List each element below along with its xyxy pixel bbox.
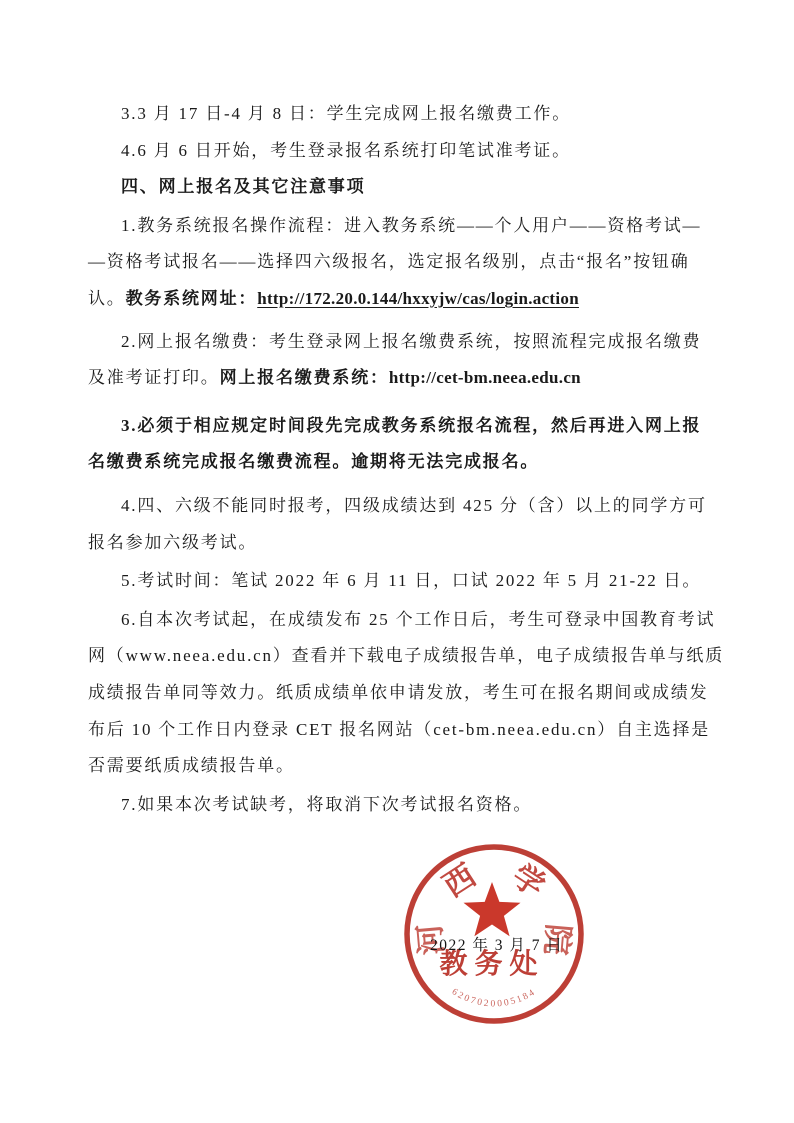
text-run: 2.网上报名缴费：考生登录网上报名缴费系统，按照流程完成报名缴费 xyxy=(121,332,701,351)
text-line: —资格考试报名——选择四六级报名，选定报名级别，点击“报名”按钮确 xyxy=(88,244,728,281)
text-line: 认。教务系统网址：http://172.20.0.144/hxxyjw/cas/… xyxy=(88,281,728,318)
text-line: 7.如果本次考试缺考，将取消下次考试报名资格。 xyxy=(88,787,728,824)
text-run: 教务系统网址： xyxy=(126,289,258,308)
text-line: 名缴费系统完成报名缴费流程。逾期将无法完成报名。 xyxy=(88,444,728,481)
text-run: 报名参加六级考试。 xyxy=(88,533,257,552)
text-run: 布后 10 个工作日内登录 CET 报名网站（cet-bm.neea.edu.c… xyxy=(88,720,710,739)
issue-date: 2022 年 3 月 7 日 xyxy=(430,933,563,955)
text-line: 6.自本次考试起，在成绩发布 25 个工作日后，考生可登录中国教育考试 xyxy=(88,602,728,639)
text-line: 1.教务系统报名操作流程：进入教务系统——个人用户——资格考试— xyxy=(88,208,728,245)
text-line: 2.网上报名缴费：考生登录网上报名缴费系统，按照流程完成报名缴费 xyxy=(88,324,728,361)
text-run: 网（www.neea.edu.cn）查看并下载电子成绩报告单，电子成绩报告单与纸… xyxy=(88,646,724,665)
text-line: 3.3 月 17 日-4 月 8 日：学生完成网上报名缴费工作。 xyxy=(88,96,728,133)
text-run: 4.6 月 6 日开始，考生登录报名系统打印笔试准考证。 xyxy=(121,141,571,160)
text-run: 网上报名缴费系统： xyxy=(220,368,389,387)
text-run: 否需要纸质成绩报告单。 xyxy=(88,756,295,775)
document-body: 3.3 月 17 日-4 月 8 日：学生完成网上报名缴费工作。4.6 月 6 … xyxy=(88,96,728,823)
text-run: 4.四、六级不能同时报考，四级成绩达到 425 分（含）以上的同学方可 xyxy=(121,496,707,515)
text-line: 否需要纸质成绩报告单。 xyxy=(88,748,728,785)
link-text: http://172.20.0.144/hxxyjw/cas/login.act… xyxy=(257,289,579,308)
document-page: 3.3 月 17 日-4 月 8 日：学生完成网上报名缴费工作。4.6 月 6 … xyxy=(0,0,794,1123)
text-run: 7.如果本次考试缺考，将取消下次考试报名资格。 xyxy=(121,795,532,814)
text-run: 3.3 月 17 日-4 月 8 日：学生完成网上报名缴费工作。 xyxy=(121,104,571,123)
text-run: 认。 xyxy=(88,289,126,308)
text-line: 网（www.neea.edu.cn）查看并下载电子成绩报告单，电子成绩报告单与纸… xyxy=(88,638,728,675)
text-run: 成绩报告单同等效力。纸质成绩单依申请发放，考生可在报名期间或成绩发 xyxy=(88,683,708,702)
text-line: 成绩报告单同等效力。纸质成绩单依申请发放，考生可在报名期间或成绩发 xyxy=(88,675,728,712)
text-run: —资格考试报名——选择四六级报名，选定报名级别，点击“报名”按钮确 xyxy=(88,252,690,271)
text-line: 四、网上报名及其它注意事项 xyxy=(88,169,728,206)
text-run: 名缴费系统完成报名缴费流程。逾期将无法完成报名。 xyxy=(88,452,539,471)
text-run: 6.自本次考试起，在成绩发布 25 个工作日后，考生可登录中国教育考试 xyxy=(121,610,715,629)
text-run: http://cet-bm.neea.edu.cn xyxy=(389,368,581,387)
text-run: 1.教务系统报名操作流程：进入教务系统——个人用户——资格考试— xyxy=(121,216,701,235)
text-line: 及准考证打印。网上报名缴费系统：http://cet-bm.neea.edu.c… xyxy=(88,360,728,397)
text-line: 布后 10 个工作日内登录 CET 报名网站（cet-bm.neea.edu.c… xyxy=(88,712,728,749)
text-run: 及准考证打印。 xyxy=(88,368,220,387)
seal-serial: 6207020005184 xyxy=(450,987,538,1009)
text-run: 5.考试时间：笔试 2022 年 6 月 11 日，口试 2022 年 5 月 … xyxy=(121,571,701,590)
text-line: 报名参加六级考试。 xyxy=(88,525,728,562)
text-run: 四、网上报名及其它注意事项 xyxy=(121,177,365,196)
text-line: 4.四、六级不能同时报考，四级成绩达到 425 分（含）以上的同学方可 xyxy=(88,488,728,525)
text-line: 5.考试时间：笔试 2022 年 6 月 11 日，口试 2022 年 5 月 … xyxy=(88,563,728,600)
text-run: 3.必须于相应规定时间段先完成教务系统报名流程，然后再进入网上报 xyxy=(121,416,701,435)
text-line: 3.必须于相应规定时间段先完成教务系统报名流程，然后再进入网上报 xyxy=(88,408,728,445)
text-line: 4.6 月 6 日开始，考生登录报名系统打印笔试准考证。 xyxy=(88,133,728,170)
